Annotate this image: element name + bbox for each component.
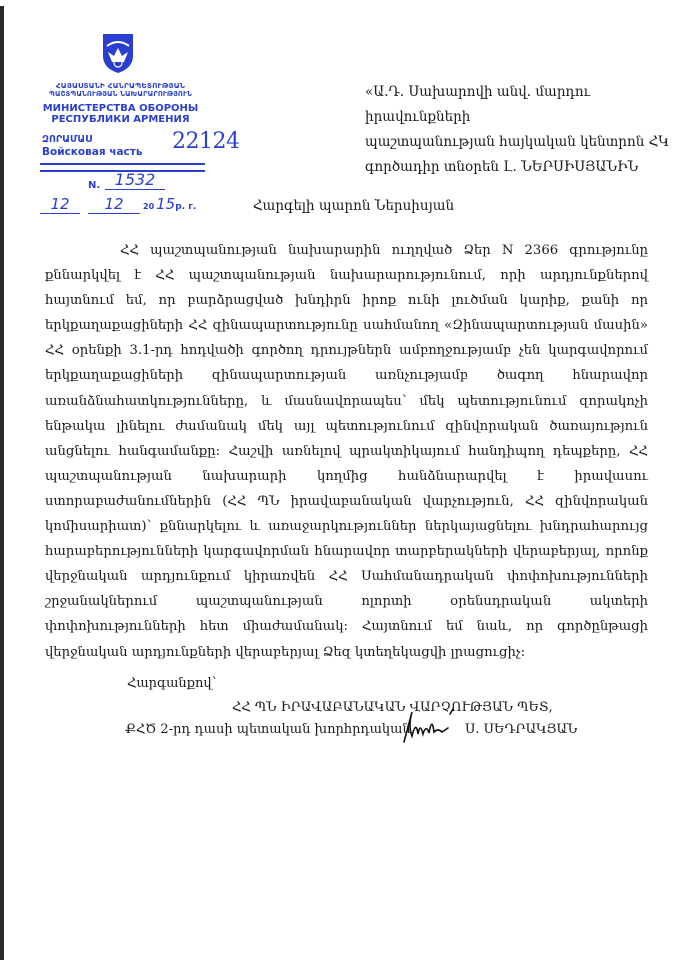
unit-number: 22124 <box>172 129 240 154</box>
stamp-rule <box>40 163 205 165</box>
signatory-title: ՀՀ ՊՆ ԻՐԱՎԱԲԱՆԱԿԱՆ ՎԱՐՉՈՒԹՅԱՆ ՊԵՏ, <box>232 700 553 715</box>
addressee-line: «Ա.Դ. Սախարովի անվ. մարդու իրավունքների <box>365 80 680 130</box>
addressee-block: «Ա.Դ. Սախարովի անվ. մարդու իրավունքների … <box>365 80 680 180</box>
addressee-line: գործադիր տնօրեն Լ. ՆԵՐՍԻՍՅԱՆԻՆ <box>365 155 680 180</box>
addressee-line: պաշտպանության հայկական կենտրոն ՀԿ <box>365 130 680 155</box>
handwritten-signature-icon <box>398 706 460 746</box>
registration-number: 1532 <box>105 170 165 190</box>
stamp-text-ru-2: РЕСПУБЛИКИ АРМЕНИЯ <box>38 114 203 125</box>
stamp-text-ru-1: МИНИСТЕРСТВА ОБОРОНЫ <box>38 103 203 114</box>
stamp-text-hy-1: ՀԱՅԱՍՏԱՆԻ ՀԱՆՐԱՊԵՏՈՒԹՅԱՆ <box>38 81 203 90</box>
closing: Հարգանքով՝ <box>127 676 216 691</box>
stamp-text-hy-2: ՊԱՇՏՊԱՆՈՒԹՅԱՆ ՆԱԽԱՐԱՐՈՒԹՅՈՒՆ <box>38 90 203 98</box>
unit-label-ru: Войсковая часть <box>42 146 143 158</box>
salutation: Հարգելի պարոն Ներսիսյան <box>0 198 687 214</box>
signatory-name: Ս. ՍԵԴՐԱԿՅԱՆ <box>465 722 577 737</box>
unit-label-hy: ԶՈՐԱՄԱՍ <box>42 134 92 145</box>
scan-edge <box>0 6 4 960</box>
signatory-rank: ՔՀԾ 2-րդ դասի պետական խորհրդական <box>125 722 411 737</box>
registration-label: N. <box>88 180 100 191</box>
letter-body: ՀՀ պաշտպանության նախարարին ուղղված Ձեր N… <box>45 238 648 665</box>
registration-stamp: ՀԱՅԱՍՏԱՆԻ ՀԱՆՐԱՊԵՏՈՒԹՅԱՆ ՊԱՇՏՊԱՆՈՒԹՅԱՆ Ն… <box>30 30 205 220</box>
ministry-of-defense-crest-icon <box>101 32 135 74</box>
